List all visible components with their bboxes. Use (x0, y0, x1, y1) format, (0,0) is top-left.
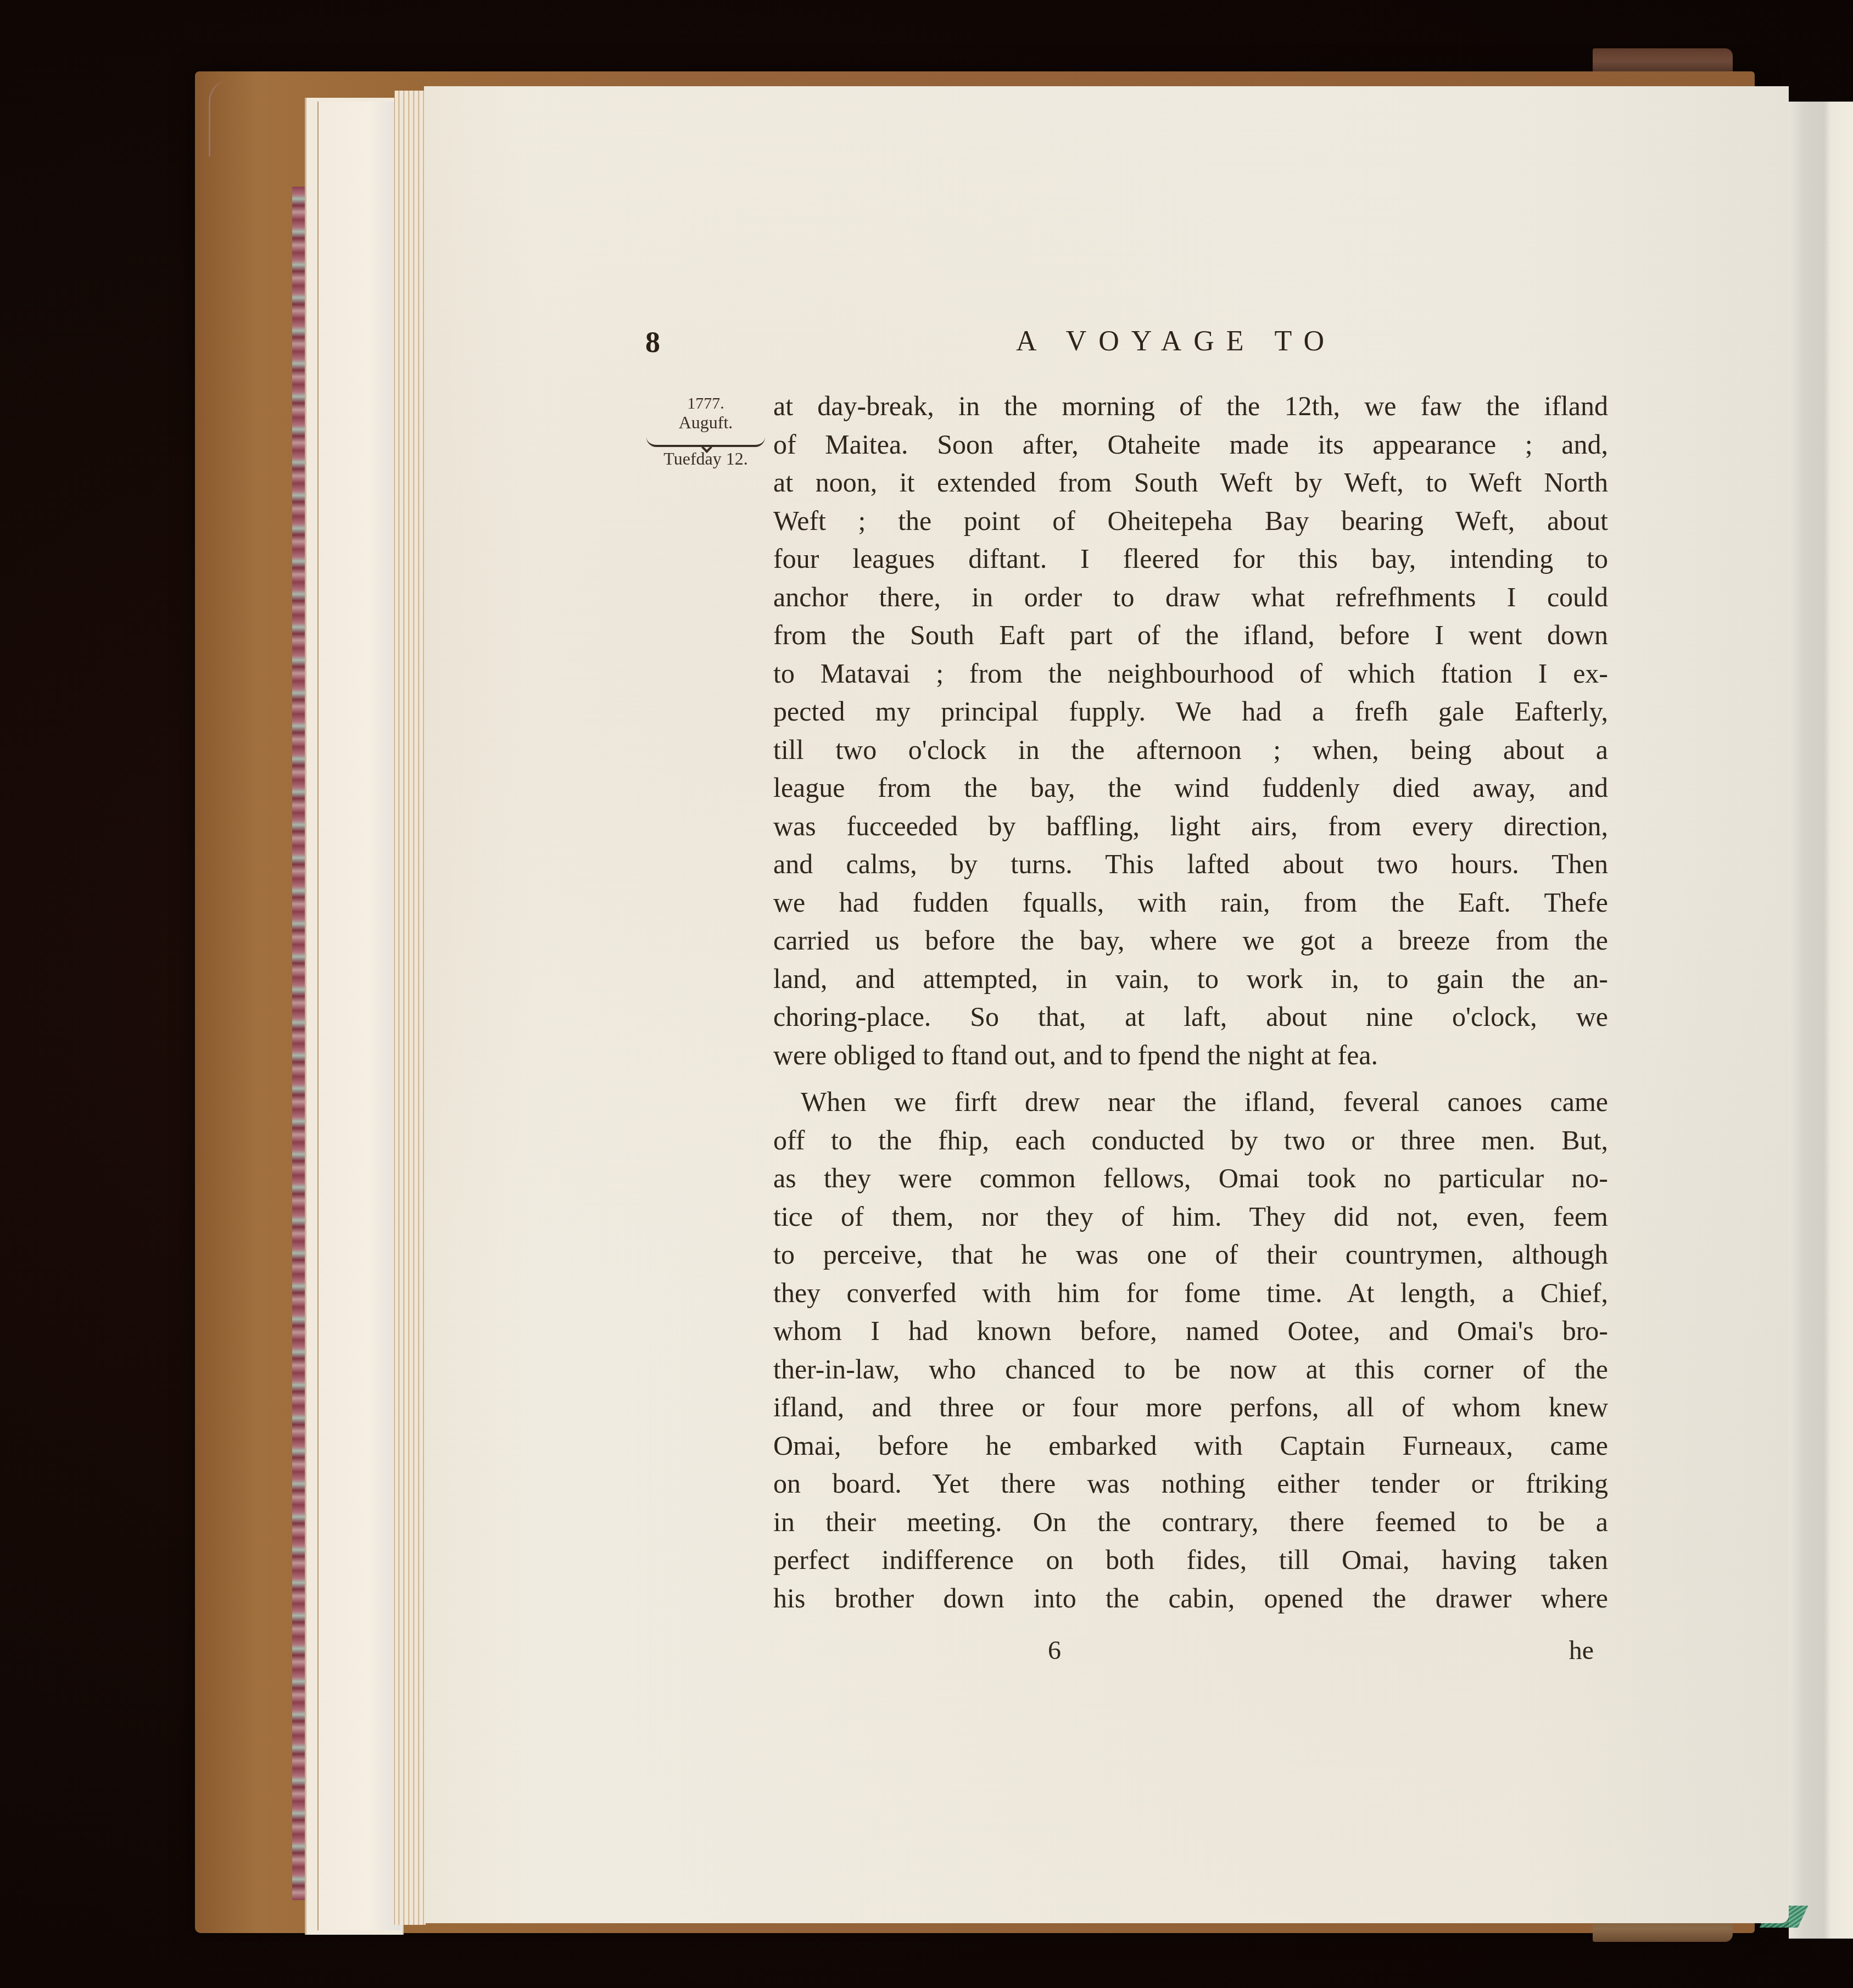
text-line: at day-break, in the morning of the 12th… (773, 387, 1608, 426)
text-line: anchor there, in order to draw what refr… (773, 578, 1608, 617)
catchword: he (1569, 1635, 1594, 1666)
brace-icon (646, 433, 765, 447)
page-number: 8 (645, 325, 660, 359)
text-line: four leagues diftant. I fleered for this… (773, 540, 1608, 578)
text-line: Weft ; the point of Oheitepeha Bay beari… (773, 502, 1608, 540)
text-line: When we firft drew near the ifland, feve… (773, 1083, 1608, 1121)
text-line: perfect indifference on both fides, till… (773, 1541, 1608, 1579)
cover-corner-fold (209, 80, 298, 157)
running-head: A VOYAGE TO (1016, 325, 1336, 358)
text-line: whom I had known before, named Ootee, an… (773, 1312, 1608, 1350)
text-line: we had fudden fqualls, with rain, from t… (773, 884, 1608, 922)
text-line: at noon, it extended from South Weft by … (773, 464, 1608, 502)
paragraph-spacer (773, 1074, 1608, 1083)
body-text: at day-break, in the morning of the 12th… (773, 387, 1608, 1617)
flyleaf (317, 102, 401, 1930)
paragraph-1: at day-break, in the morning of the 12th… (773, 387, 1608, 1074)
text-line: Omai, before he embarked with Captain Fu… (773, 1427, 1608, 1465)
text-line: to Matavai ; from the neighbourhood of w… (773, 655, 1608, 693)
text-line: on board. Yet there was nothing either t… (773, 1465, 1608, 1503)
signature-mark: 6 (1048, 1635, 1061, 1666)
text-line: choring-place. So that, at laft, about n… (773, 998, 1608, 1036)
text-line: land, and attempted, in vain, to work in… (773, 960, 1608, 998)
text-line: was fucceeded by baffling, light airs, f… (773, 807, 1608, 846)
text-line: his brother down into the cabin, opened … (773, 1579, 1608, 1618)
margin-year: 1777. (640, 394, 772, 413)
text-line: from the South Eaft part of the ifland, … (773, 616, 1608, 655)
text-line: off to the fhip, each conducted by two o… (773, 1121, 1608, 1160)
text-line: pected my principal fupply. We had a fre… (773, 693, 1608, 731)
text-line: till two o'clock in the afternoon ; when… (773, 731, 1608, 769)
text-line: league from the bay, the wind fuddenly d… (773, 769, 1608, 807)
text-line: as they were common fellows, Omai took n… (773, 1159, 1608, 1198)
page-footer: 6 he (773, 1635, 1608, 1668)
text-line: in their meeting. On the contrary, there… (773, 1503, 1608, 1542)
facing-page-gutter (1789, 102, 1853, 1939)
text-line: of Maitea. Soon after, Otaheite made its… (773, 426, 1608, 464)
text-line: to perceive, that he was one of their co… (773, 1236, 1608, 1274)
marbled-endpaper-edge (292, 187, 305, 1900)
page-edges (394, 91, 426, 1925)
text-line: ifland, and three or four more perfons, … (773, 1388, 1608, 1427)
text-line: they converfed with him for fome time. A… (773, 1274, 1608, 1313)
text-line: ther-in-law, who chanced to be now at th… (773, 1350, 1608, 1389)
text-line: and calms, by turns. This lafted about t… (773, 845, 1608, 884)
text-line: tice of them, nor they of him. They did … (773, 1198, 1608, 1236)
paragraph-2: When we firft drew near the ifland, feve… (773, 1083, 1608, 1617)
text-line: carried us before the bay, where we got … (773, 922, 1608, 960)
text-line: were obliged to ftand out, and to fpend … (773, 1036, 1608, 1075)
margin-month: Auguft. (640, 413, 772, 432)
margin-note-date: 1777. Auguft. Tuefday 12. (640, 394, 772, 468)
